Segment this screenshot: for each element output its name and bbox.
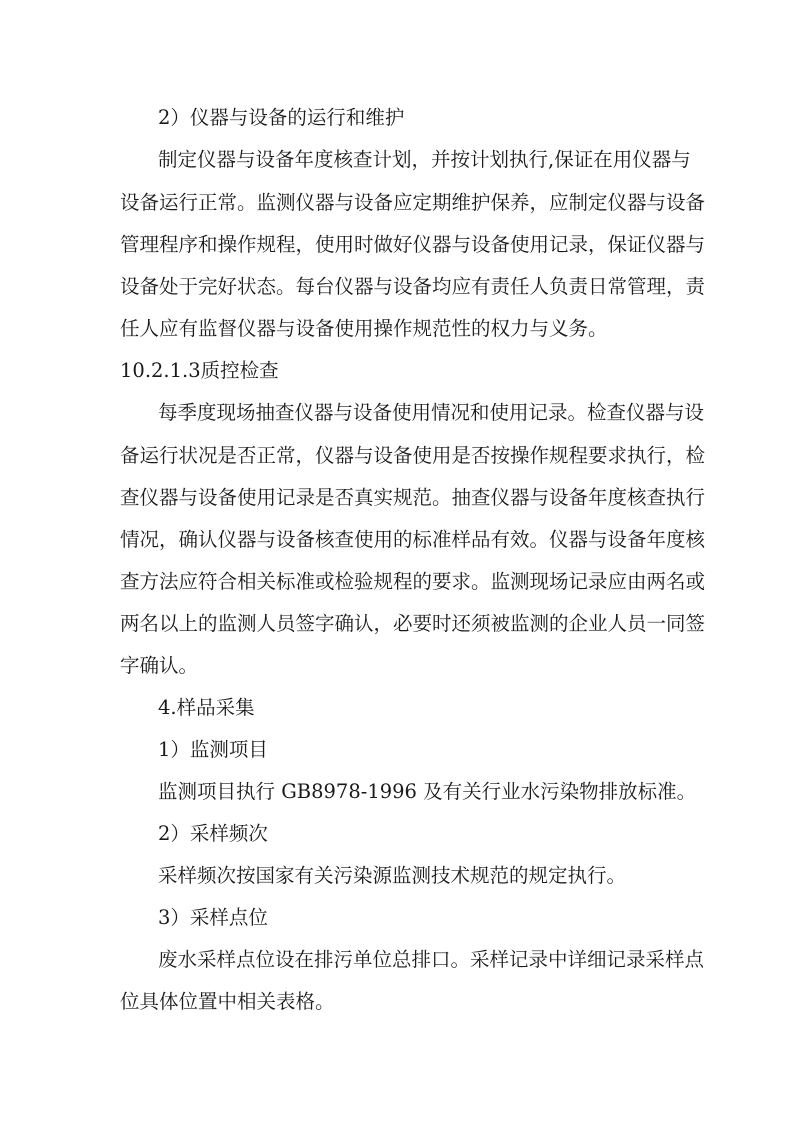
subheading-monitoring-items: 1）监测项目: [158, 735, 268, 765]
paragraph-line: 监测项目执行 GB8978-1996 及有关行业水污染物排放标准。: [158, 777, 696, 807]
paragraph-line: 设备运行正常。监测仪器与设备应定期维护保养，应制定仪器与设备: [120, 188, 684, 218]
paragraph-line: 每季度现场抽查仪器与设备使用情况和使用记录。检查仪器与设: [158, 398, 684, 428]
paragraph-line: 废水采样点位设在排污单位总排口。采样记录中详细记录采样点: [158, 945, 684, 975]
paragraph-line: 查仪器与设备使用记录是否真实规范。抽查仪器与设备年度核查执行: [120, 483, 684, 513]
paragraph-line: 字确认。: [120, 651, 684, 681]
paragraph-line: 设备处于完好状态。每台仪器与设备均应有责任人负责日常管理，责: [120, 272, 684, 302]
paragraph-line: 采样频次按国家有关污染源监测技术规范的规定执行。: [158, 861, 626, 891]
paragraph-line: 制定仪器与设备年度核查计划，并按计划执行,保证在用仪器与: [158, 145, 684, 175]
paragraph-line: 备运行状况是否正常，仪器与设备使用是否按操作规程要求执行，检: [120, 441, 684, 471]
section-heading-quality-control: 10.2.1.3质控检查: [120, 356, 684, 386]
paragraph-line: 管理程序和操作规程，使用时做好仪器与设备使用记录，保证仪器与: [120, 230, 684, 260]
paragraph-line: 两名以上的监测人员签字确认，必要时还须被监测的企业人员一同签: [120, 609, 684, 639]
subheading-sample-collection: 4.样品采集: [158, 693, 255, 723]
paragraph-line: 位具体位置中相关表格。: [120, 987, 684, 1017]
paragraph-line: 查方法应符合相关标准或检验规程的要求。监测现场记录应由两名或: [120, 567, 684, 597]
subheading-sampling-frequency: 2）采样频次: [158, 819, 268, 849]
paragraph-line: 任人应有监督仪器与设备使用操作规范性的权力与义务。: [120, 314, 684, 344]
subheading-instruments-maintenance: 2）仪器与设备的运行和维护: [158, 103, 404, 133]
subheading-sampling-points: 3）采样点位: [158, 903, 268, 933]
document-page: 2）仪器与设备的运行和维护 制定仪器与设备年度核查计划，并按计划执行,保证在用仪…: [0, 0, 800, 1131]
paragraph-line: 情况，确认仪器与设备核查使用的标准样品有效。仪器与设备年度核: [120, 525, 684, 555]
